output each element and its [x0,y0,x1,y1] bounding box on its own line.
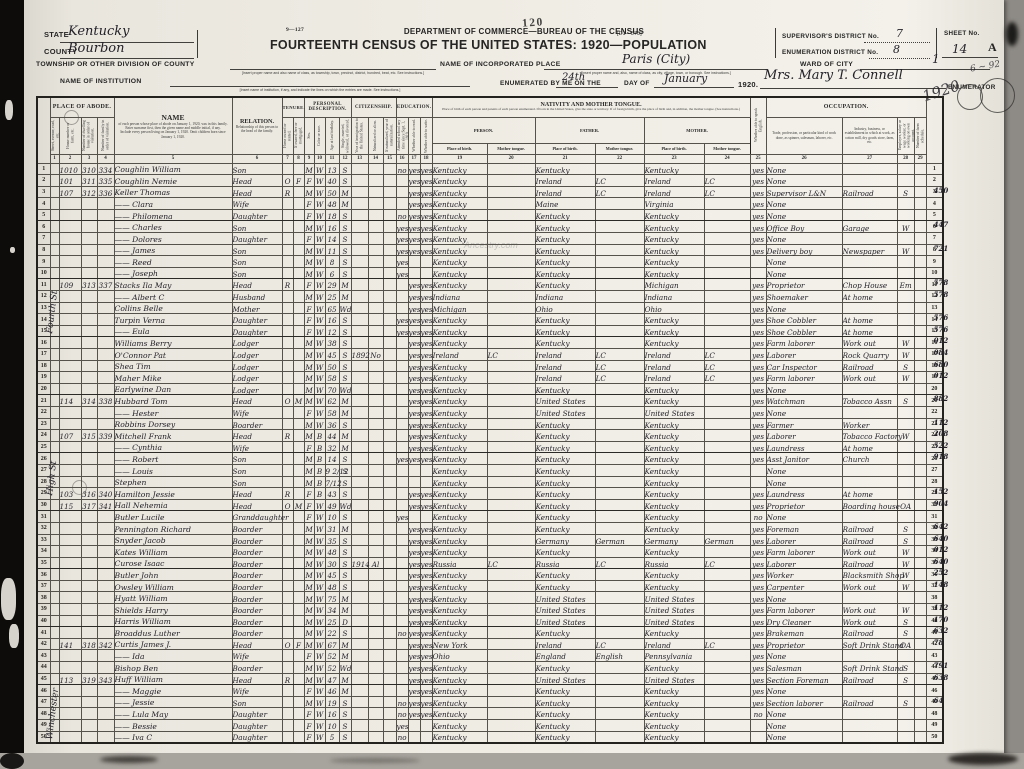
signature-line [760,88,946,89]
header-farm-schedule: Number of farm schedule. [914,117,926,154]
cell-mortgage [293,406,304,418]
table-row: 7 —— Dolores Daughter F W 14 S yes yes y… [37,233,943,245]
cell-able-to-write: yes [420,233,432,245]
cell-mother-birthplace: Kentucky [644,546,704,558]
cell-dwelling-number [81,314,97,326]
cell-home-owned [282,209,293,221]
cell-mother-tongue [487,233,535,245]
cell-age: 16 [325,221,339,233]
cell-naturalized [368,604,383,616]
cell-home-owned [282,349,293,361]
cell-sex: F [304,209,314,221]
cell-naturalized [368,673,383,685]
cell-house-number [59,453,81,465]
scan-smudge [0,753,24,769]
table-row: 33 Snyder Jacob Boarder M W 35 S yes yes… [37,534,943,546]
line-number-left: 40 [37,615,50,627]
cell-speaks-english: yes [750,279,766,291]
cell-naturalization-year [383,453,396,465]
cell-sex: F [304,650,314,662]
cell-home-owned [282,406,293,418]
cell-farm-schedule [914,221,926,233]
cell-birthplace: Kentucky [432,662,487,674]
cell-immigration-year [351,430,368,442]
line-number-right: 43 [926,650,943,662]
cell-age: 50 [325,360,339,372]
cell-employer-class [897,731,914,743]
cell-able-to-read: yes [408,627,420,639]
cell-able-to-write: yes [420,175,432,187]
cell-mother-tongue [487,186,535,198]
cell-employer-class [897,233,914,245]
cell-family-number [97,209,114,221]
cell-attended-school: no [396,696,408,708]
cell-mortgage [293,302,304,314]
cell-relation: Daughter [232,209,282,221]
cell-farm-schedule [914,453,926,465]
cell-street [50,383,59,395]
table-row: 17 O'Connor Pat Lodger M W 45 S 1892 No … [37,349,943,361]
cell-able-to-read: yes [408,696,420,708]
line-number-left: 37 [37,580,50,592]
cell-farm-schedule [914,673,926,685]
cell-employer-class: Em [897,279,914,291]
cell-street [50,209,59,221]
line-number-value: 4 [933,201,936,207]
cell-dwelling-number [81,453,97,465]
cell-dwelling-number: 317 [81,499,97,511]
cell-mortgage [293,534,304,546]
cell-house-number [59,337,81,349]
cell-father-birthplace: Kentucky [535,256,595,268]
cell-attended-school [396,685,408,697]
cell-occupation: None [766,383,842,395]
cell-farm-schedule [914,720,926,732]
cell-house-number [59,476,81,488]
cell-speaks-english: no [750,511,766,523]
cell-sex: M [304,580,314,592]
table-row: 29 103 316 340 Hamilton Jessie Head R F … [37,488,943,500]
cell-occupation: Laborer [766,349,842,361]
cell-immigration-year [351,580,368,592]
cell-employer-class [897,418,914,430]
cell-mortgage [293,662,304,674]
cell-birthplace: Kentucky [432,488,487,500]
cell-mortgage [293,488,304,500]
header-dwelling-number: Number of dwelling house in order of vis… [81,117,97,154]
cell-naturalized [368,650,383,662]
cell-attended-school: no [396,731,408,743]
cell-father-tongue: LC [595,349,644,361]
cell-age: 58 [325,372,339,384]
cell-mother-tongue-2: LC [704,349,750,361]
cell-marital: S [339,708,351,720]
cell-house-number: 114 [59,395,81,407]
cell-father-tongue [595,256,644,268]
cell-employer-class: S [897,395,914,407]
cell-birthplace: Kentucky [432,360,487,372]
cell-able-to-read: yes [408,488,420,500]
cell-occupation: Shoe Cobbler [766,314,842,326]
cell-age: 38 [325,337,339,349]
cell-speaks-english: yes [750,453,766,465]
cell-home-owned [282,418,293,430]
cell-marital: M [339,198,351,210]
cell-speaks-english: yes [750,441,766,453]
cell-race: W [314,511,325,523]
cell-street [50,604,59,616]
scan-smudge [330,758,420,763]
table-row: 49 —— Bessie Daughter F W 10 S yes Kentu… [37,720,943,732]
cell-immigration-year [351,256,368,268]
cell-house-number [59,325,81,337]
cell-sex: M [304,395,314,407]
cell-relation: Head [232,430,282,442]
cell-age: 40 [325,175,339,187]
cell-industry: Work out [842,604,897,616]
cell-farm-schedule [914,383,926,395]
cell-employer-class: S [897,360,914,372]
cell-naturalization-year [383,627,396,639]
table-row: 22 —— Hester Wife F W 58 M yes yes Kentu… [37,406,943,418]
cell-naturalization-year [383,650,396,662]
line-number-left: 35 [37,557,50,569]
line-number-right: 25 522 [926,441,943,453]
cell-mortgage [293,383,304,395]
cell-father-tongue: LC [595,360,644,372]
margin-handwriting: 252 [934,568,949,577]
cell-mortgage [293,349,304,361]
sheet-suffix: A [988,40,997,55]
cell-father-birthplace: Ireland [535,360,595,372]
column-number: 24 [704,154,750,163]
cell-industry: Railroad [842,696,897,708]
cell-family-number: 337 [97,279,114,291]
cell-naturalization-year [383,325,396,337]
cell-marital: Wd [339,499,351,511]
enumerated-label-1: ENUMERATED BY ME ON THE [500,80,601,87]
cell-name: Shea Tim [114,360,232,372]
cell-name: Williams Berry [114,337,232,349]
cell-race: W [314,696,325,708]
cell-attended-school [396,476,408,488]
cell-naturalization-year [383,279,396,291]
cell-able-to-read: yes [408,325,420,337]
cell-naturalization-year [383,569,396,581]
cell-attended-school [396,430,408,442]
cell-farm-schedule [914,580,926,592]
cell-dwelling-number: 313 [81,279,97,291]
column-number: 4 [97,154,114,163]
cell-father-tongue: German [595,534,644,546]
cell-immigration-year [351,673,368,685]
cell-able-to-write [420,267,432,279]
cell-speaks-english [750,476,766,488]
cell-mother-tongue-2 [704,476,750,488]
cell-father-tongue [595,198,644,210]
cell-naturalized [368,291,383,303]
margin-handwriting: 680 [934,360,949,369]
cell-able-to-read: yes [408,372,420,384]
line-number-right: 16 012 [926,337,943,349]
cell-birthplace: Kentucky [432,464,487,476]
cell-street [50,650,59,662]
cell-employer-class [897,592,914,604]
cell-father-birthplace: Kentucky [535,383,595,395]
cell-farm-schedule [914,244,926,256]
cell-dwelling-number [81,325,97,337]
cell-employer-class [897,476,914,488]
cell-race: W [314,580,325,592]
institution-line [170,86,470,87]
incorporated-place-value: Paris (City) [622,52,690,66]
line-number-left: 42 [37,638,50,650]
cell-marital: M [339,395,351,407]
cell-mother-tongue [487,325,535,337]
township-note: [Insert proper name and also name of cla… [230,71,436,75]
cell-street [50,638,59,650]
cell-sex: M [304,163,314,175]
cell-naturalization-year [383,720,396,732]
cell-sex: F [304,488,314,500]
cell-father-tongue [595,244,644,256]
cell-speaks-english [750,731,766,743]
cell-house-number [59,662,81,674]
cell-farm-schedule [914,685,926,697]
cell-race: W [314,708,325,720]
cell-attended-school [396,557,408,569]
supervisor-district-label: SUPERVISOR'S DISTRICT No. [782,33,879,40]
cell-industry: Work out [842,580,897,592]
cell-naturalized [368,476,383,488]
cell-mother-birthplace: Kentucky [644,720,704,732]
cell-mother-tongue-2 [704,279,750,291]
cell-family-number [97,314,114,326]
margin-handwriting: 170 [934,615,949,624]
cell-father-birthplace: United States [535,592,595,604]
cell-marital: S [339,720,351,732]
header-father-pob: Place of birth. [535,143,595,154]
cell-naturalized [368,569,383,581]
cell-house-number [59,383,81,395]
cell-industry: At home [842,314,897,326]
line-number-value: 31 [931,514,937,520]
cell-naturalization-year [383,604,396,616]
cell-mother-birthplace: Ireland [644,360,704,372]
header-naturalization-year: If naturalized, year of naturalization. [383,117,396,154]
cell-home-owned [282,383,293,395]
cell-marital: M [339,650,351,662]
cell-immigration-year [351,731,368,743]
scanner-edge-left [0,0,24,753]
cell-birthplace: Kentucky [432,708,487,720]
cell-family-number [97,650,114,662]
cell-street [50,233,59,245]
cell-father-tongue [595,406,644,418]
cell-mother-tongue-2 [704,209,750,221]
cell-immigration-year [351,627,368,639]
cell-family-number: 338 [97,395,114,407]
cell-mother-tongue-2 [704,256,750,268]
cell-mother-birthplace: Ireland [644,638,704,650]
cell-mother-tongue [487,383,535,395]
header-age: Age at last birthday. [325,117,339,154]
cell-race: W [314,685,325,697]
cell-speaks-english: yes [750,488,766,500]
cell-able-to-read: yes [408,163,420,175]
cell-employer-class [897,453,914,465]
cell-family-number [97,604,114,616]
cell-employer-class [897,314,914,326]
cell-birthplace: Ireland [432,349,487,361]
cell-mother-tongue-2: LC [704,372,750,384]
cell-house-number [59,267,81,279]
cell-sex: F [304,511,314,523]
table-row: 13 Collins Belle Mother F W 65 Wd yes ye… [37,302,943,314]
header-person: PERSON. [432,117,535,143]
cell-naturalized [368,372,383,384]
margin-handwriting: 721 [934,244,949,253]
cell-industry: Boarding house [842,499,897,511]
table-row: 31 Butler Lucile Granddaughter F W 10 S … [37,511,943,523]
line-number-left: 34 [37,546,50,558]
header-mother-pob: Place of birth. [644,143,704,154]
cell-immigration-year [351,592,368,604]
cell-race: W [314,418,325,430]
line-number-right: 47 64 [926,696,943,708]
cell-employer-class [897,175,914,187]
cell-immigration-year [351,163,368,175]
cell-attended-school [396,186,408,198]
cell-mother-tongue-2 [704,267,750,279]
cell-name: Hubbard Tom [114,395,232,407]
cell-mother-tongue-2: LC [704,175,750,187]
cell-speaks-english: yes [750,291,766,303]
header-speaks-english: Whether able to speak English. [750,97,766,154]
line-number-right: 10 [926,267,943,279]
cell-family-number [97,522,114,534]
cell-age: 7/12 [325,476,339,488]
cell-name: —— Iva C [114,731,232,743]
cell-able-to-read [408,731,420,743]
cell-mother-tongue-2 [704,325,750,337]
cell-age: 49 [325,499,339,511]
margin-handwriting: 148 [934,580,949,589]
cell-industry [842,720,897,732]
cell-relation: Boarder [232,662,282,674]
cell-mother-birthplace: Ohio [644,302,704,314]
cell-industry [842,383,897,395]
cell-mother-tongue-2 [704,244,750,256]
cell-speaks-english: yes [750,418,766,430]
cell-naturalized [368,256,383,268]
cell-sex: M [304,244,314,256]
cell-naturalized [368,337,383,349]
cell-dwelling-number: 315 [81,430,97,442]
cell-immigration-year [351,360,368,372]
cell-naturalization-year [383,360,396,372]
line-number-column-right [926,97,943,163]
column-number: 17 [408,154,420,163]
table-row: 26 —— Robert Son M B 14 S yes yes yes Ke… [37,453,943,465]
cell-attended-school [396,615,408,627]
cell-immigration-year [351,337,368,349]
cell-industry: Work out [842,546,897,558]
cell-able-to-write: yes [420,337,432,349]
cell-sex: M [304,221,314,233]
cell-industry: At home [842,488,897,500]
margin-handwriting: 642 [934,522,949,531]
cell-immigration-year [351,325,368,337]
table-row: 21 114 314 338 Hubbard Tom Head O M M W … [37,395,943,407]
line-number-value: 28 [931,479,937,485]
cell-street [50,406,59,418]
cell-father-tongue [595,383,644,395]
header-father-tongue: Mother tongue. [595,143,644,154]
cell-family-number [97,198,114,210]
cell-mother-tongue-2 [704,731,750,743]
cell-naturalization-year [383,337,396,349]
cell-mother-birthplace: Kentucky [644,314,704,326]
cell-marital: Wd [339,383,351,395]
cell-mother-tongue [487,522,535,534]
cell-able-to-read: yes [408,708,420,720]
cell-industry: Rock Quarry [842,349,897,361]
cell-age: 10 [325,511,339,523]
cell-relation: Boarder [232,534,282,546]
margin-handwriting: 578 [934,278,949,287]
line-number-right: 17 084 [926,349,943,361]
cell-marital: S [339,163,351,175]
cell-attended-school [396,546,408,558]
margin-scribble: 6 ~ 92 [969,59,1001,74]
table-row: 3 107 312 336 Keller Thomas Head R M W 5… [37,186,943,198]
cell-farm-schedule [914,233,926,245]
header-family-number: Number of family in order of visitation. [97,117,114,154]
cell-speaks-english: yes [750,244,766,256]
cell-occupation: None [766,592,842,604]
cell-naturalization-year [383,406,396,418]
cell-family-number [97,360,114,372]
cell-relation: Boarder [232,604,282,616]
column-number: 8 [293,154,304,163]
cell-employer-class: W [897,337,914,349]
cell-father-tongue [595,418,644,430]
cell-birthplace: Kentucky [432,198,487,210]
cell-attended-school [396,360,408,372]
line-number-value: 49 [931,722,937,728]
line-number-right: 38 [926,592,943,604]
cell-attended-school: no [396,627,408,639]
cell-immigration-year [351,488,368,500]
line-number-left: 6 [37,221,50,233]
cell-industry [842,302,897,314]
cell-occupation: Salesman [766,662,842,674]
cell-birthplace: Kentucky [432,441,487,453]
cell-father-tongue [595,291,644,303]
cell-mother-tongue [487,720,535,732]
cell-home-owned [282,314,293,326]
cell-mother-tongue-2 [704,233,750,245]
line-number-right: 29 152 [926,488,943,500]
cell-house-number: 107 [59,430,81,442]
cell-father-tongue [595,476,644,488]
cell-birthplace: Kentucky [432,615,487,627]
cell-naturalization-year [383,488,396,500]
cell-mother-birthplace: Ireland [644,186,704,198]
cell-naturalized [368,546,383,558]
cell-mother-birthplace: United States [644,673,704,685]
